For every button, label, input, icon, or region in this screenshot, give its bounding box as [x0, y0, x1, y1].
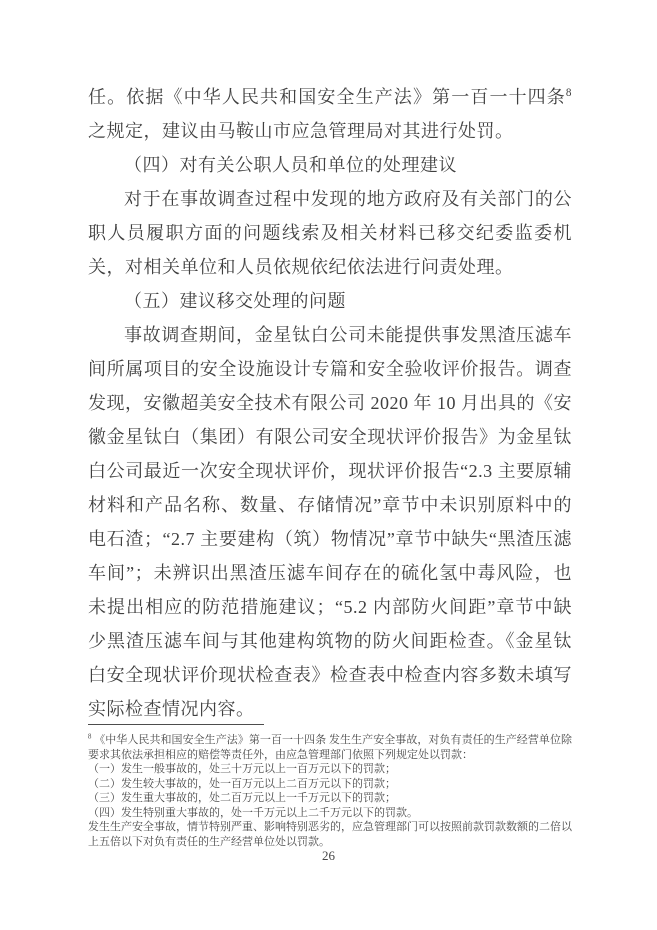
footnote-paragraph: 8 《中华人民共和国安全生产法》第一百一十四条 发生生产安全事故，对负有责任的生… [88, 733, 572, 762]
body-paragraph: 任。依据《中华人民共和国安全生产法》第一百一十四条8之规定，建议由马鞍山市应急管… [88, 80, 572, 148]
body-paragraph: 事故调查期间，金星钛白公司未能提供事发黑渣压滤车间所属项目的安全设施设计专篇和安… [88, 318, 572, 726]
footnote-paragraph: （四）发生特别重大事故的，处一千万元以上二千万元以下的罚款。 [88, 806, 572, 821]
footnote-paragraph: 发生生产安全事故，情节特别严重、影响特别恶劣的，应急管理部门可以按照前款罚款数额… [88, 820, 572, 849]
footnote-paragraph: （一）发生一般事故的，处三十万元以上一百万元以下的罚款； [88, 762, 572, 777]
footnote-section: 8 《中华人民共和国安全生产法》第一百一十四条 发生生产安全事故，对负有责任的生… [88, 724, 572, 849]
footnote-paragraph: （二）发生较大事故的，处一百万元以上二百万元以下的罚款； [88, 777, 572, 792]
text-run: （四）发生特别重大事故的，处一千万元以上二千万元以下的罚款。 [88, 807, 418, 819]
document-page: 任。依据《中华人民共和国安全生产法》第一百一十四条8之规定，建议由马鞍山市应急管… [0, 0, 657, 930]
text-run: 事故调查期间，金星钛白公司未能提供事发黑渣压滤车间所属项目的安全设施设计专篇和安… [88, 325, 572, 719]
text-run: 发生生产安全事故，情节特别严重、影响特别恶劣的，应急管理部门可以按照前款罚款数额… [88, 821, 572, 848]
text-run: （三）发生重大事故的，处二百万元以上一千万元以下的罚款； [88, 792, 396, 804]
body-paragraphs: 任。依据《中华人民共和国安全生产法》第一百一十四条8之规定，建议由马鞍山市应急管… [88, 80, 572, 726]
footnote-divider [88, 724, 264, 725]
section-heading: （五）建议移交处理的问题 [88, 284, 572, 318]
text-run: （二）发生较大事故的，处一百万元以上二百万元以下的罚款； [88, 778, 396, 790]
footnote-marker: 8 [566, 87, 572, 99]
text-run: 《中华人民共和国安全生产法》第一百一十四条 发生生产安全事故，对负有责任的生产经… [88, 734, 572, 761]
text-run: 任。依据《中华人民共和国安全生产法》第一百一十四条 [88, 87, 566, 107]
text-run: 对于在事故调查过程中发现的地方政府及有关部门的公职人员履职方面的问题线索及相关材… [88, 189, 572, 277]
text-run: （一）发生一般事故的，处三十万元以上一百万元以下的罚款； [88, 763, 396, 775]
text-run: （四）对有关公职人员和单位的处理建议 [124, 155, 457, 175]
text-run: （五）建议移交处理的问题 [124, 291, 346, 311]
text-run: 之规定，建议由马鞍山市应急管理局对其进行处罚。 [88, 121, 514, 141]
page-number: 26 [0, 848, 657, 864]
footnote-paragraphs: 8 《中华人民共和国安全生产法》第一百一十四条 发生生产安全事故，对负有责任的生… [88, 733, 572, 849]
body-paragraph: 对于在事故调查过程中发现的地方政府及有关部门的公职人员履职方面的问题线索及相关材… [88, 182, 572, 284]
page-body: 任。依据《中华人民共和国安全生产法》第一百一十四条8之规定，建议由马鞍山市应急管… [88, 80, 572, 726]
section-heading: （四）对有关公职人员和单位的处理建议 [88, 148, 572, 182]
footnote-paragraph: （三）发生重大事故的，处二百万元以上一千万元以下的罚款； [88, 791, 572, 806]
